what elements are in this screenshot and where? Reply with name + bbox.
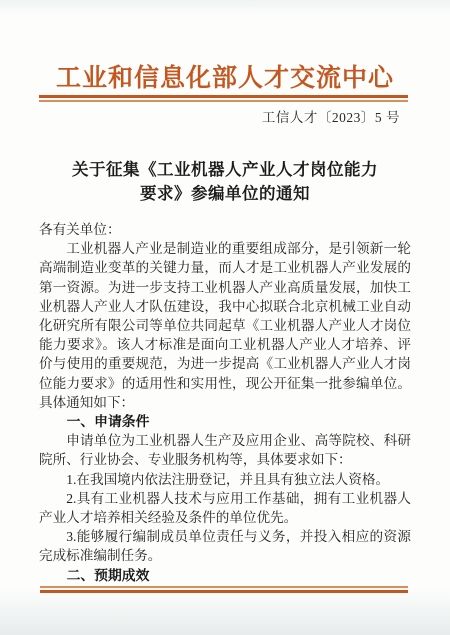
document-number: 工信人才〔2023〕5 号 <box>262 106 400 126</box>
document-body: 各有关单位： 工业机器人产业是制造业的重要组成部分，是引领新一轮高端制造业变革的… <box>39 220 411 585</box>
section-heading-expected-results: 二、预期成效 <box>39 566 411 585</box>
document-title: 关于征集《工业机器人产业人才岗位能力 要求》参编单位的通知 <box>0 158 450 205</box>
letterhead-org-name: 工业和信息化部人才交流中心 <box>0 58 450 94</box>
document-title-line1: 关于征集《工业机器人产业人才岗位能力 <box>0 158 450 182</box>
document-title-line2: 要求》参编单位的通知 <box>0 182 450 206</box>
paragraph-condition-1: 1.在我国境内依法注册登记，并且具有独立法人资格。 <box>39 470 411 489</box>
salutation: 各有关单位： <box>39 220 411 239</box>
paragraph-applicant-types: 申请单位为工业机器人生产及应用企业、高等院校、科研院所、行业协会、专业服务机构等… <box>39 431 411 469</box>
divider-thin-line <box>39 100 408 102</box>
divider-thick-line <box>39 95 408 98</box>
paragraph-intro: 工业机器人产业是制造业的重要组成部分，是引领新一轮高端制造业变革的关键力量，而人… <box>39 239 411 412</box>
section-heading-application-conditions: 一、申请条件 <box>39 412 411 431</box>
footer-divider <box>40 586 408 593</box>
divider-thick-line <box>40 590 408 593</box>
paragraph-condition-2: 2.具有工业机器人技术与应用工作基础，拥有工业机器人产业人才培养相关经验及条件的… <box>39 489 411 527</box>
document-page: 工业和信息化部人才交流中心 工信人才〔2023〕5 号 关于征集《工业机器人产业… <box>0 0 450 635</box>
divider-thin-line <box>40 586 408 588</box>
letterhead-divider <box>39 95 408 102</box>
paragraph-condition-3: 3.能够履行编制成员单位责任与义务，并投入相应的资源完成标准编制任务。 <box>39 527 411 565</box>
